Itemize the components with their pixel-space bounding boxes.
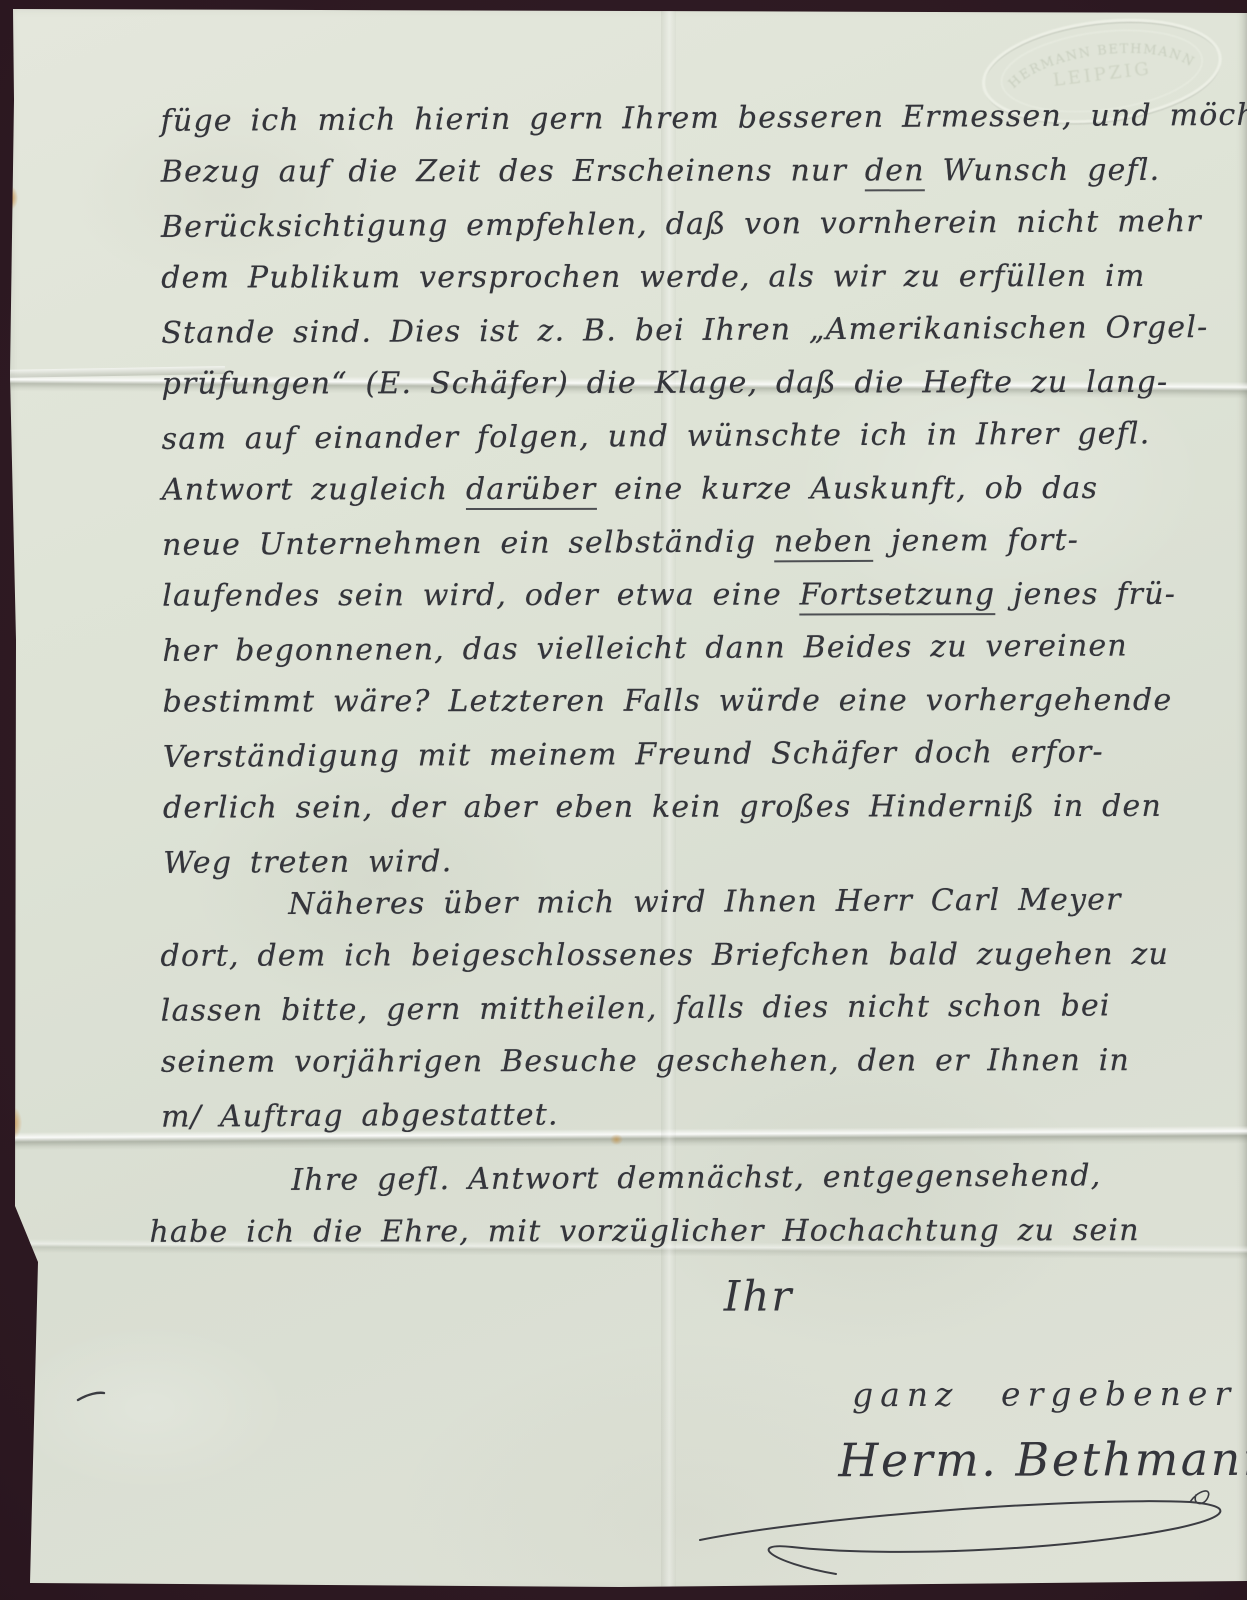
valediction-line: ganz ergebener [852,1374,1237,1414]
letter-line: dort, dem ich beigeschlossenes Briefchen… [160,928,1169,983]
letter-line: Ihre gefl. Antwort demnächst, entgegense… [149,1149,1139,1208]
letter-line: prüfungen“ (E. Schäfer) die Klage, daß d… [162,356,1247,411]
letter-line: habe ich die Ehre, mit vorzüglicher Hoch… [149,1204,1139,1259]
letter-line: Näheres über mich wird Ihnen Herr Carl M… [160,873,1169,932]
photo-background: HERMANN BETHMANN LEIPZIG füge ich mich h… [0,0,1247,1600]
paragraph-2: Näheres über mich wird Ihnen Herr Carl M… [160,874,1169,1143]
letter-paper: HERMANN BETHMANN LEIPZIG füge ich mich h… [0,0,1247,1600]
signature: Herm. Bethmann [838,1432,1247,1488]
letter-line: füge ich mich hierin gern Ihrem besseren… [160,88,1247,148]
letter-line: Verständigung mit meinem Freund Schäfer … [163,724,1247,784]
letter-line: derlich sein, der aber eben kein großes … [163,780,1247,835]
letter-line: sam auf einander folgen, und wünschte ic… [162,406,1247,466]
paragraph-1: füge ich mich hierin gern Ihrem besseren… [161,90,1247,889]
letter-line: Stande sind. Dies ist z. B. bei Ihren „A… [161,300,1247,360]
letter-line: her begonnenen, das vielleicht dann Beid… [162,618,1247,678]
letter-line: Bezug auf die Zeit des Erscheinens nur d… [161,144,1247,199]
letter-line: m/ Auftrag abgestattet. [161,1085,1170,1144]
letter-line: seinem vorjährigen Besuche geschehen, de… [161,1034,1170,1089]
letter-line: Berücksichtigung empfehlen, daß von vorn… [161,194,1247,254]
valediction-ihr: Ihr [724,1271,794,1320]
letter-line: laufendes sein wird, oder etwa eine Fort… [162,568,1247,623]
letter-body: füge ich mich hierin gern Ihrem besseren… [0,0,1247,1600]
closing-paragraph: Ihre gefl. Antwort demnächst, entgegense… [149,1150,1140,1259]
letter-line: Antwort zugleich darüber eine kurze Ausk… [162,462,1247,517]
letter-line: bestimmt wäre? Letzteren Falls würde ein… [163,674,1247,729]
letter-line: neue Unternehmen ein selbständig neben j… [162,512,1247,572]
letter-line: lassen bitte, gern mittheilen, falls die… [161,979,1170,1038]
letter-line: dem Publikum versprochen werde, als wir … [161,250,1247,305]
